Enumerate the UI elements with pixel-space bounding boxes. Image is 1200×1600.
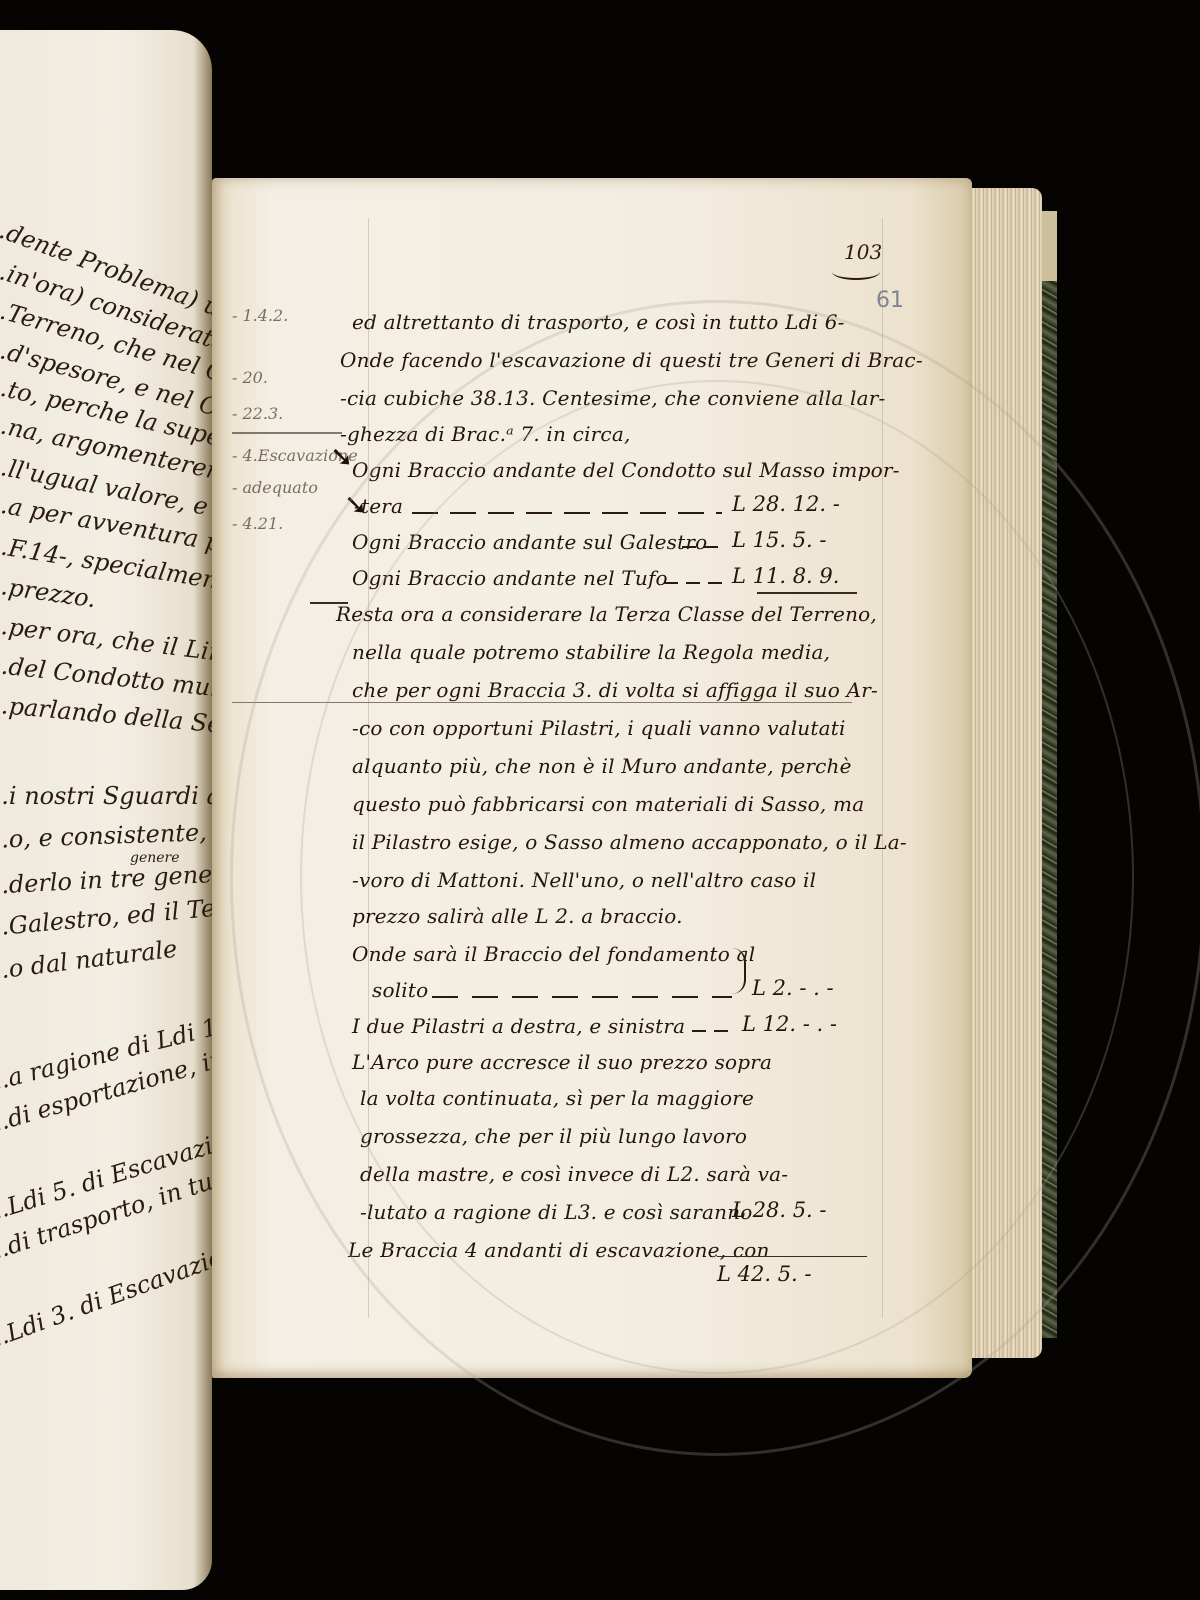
margin-note: - 22.3. bbox=[232, 404, 283, 423]
text-line: questo può fabbricarsi con materiali di … bbox=[352, 792, 864, 816]
amount-tufo: L 11. 8. 9. bbox=[732, 564, 839, 588]
left-page-text-line: ...prezzo. bbox=[0, 570, 98, 613]
leader-dashes bbox=[692, 1030, 732, 1032]
right-page-block: 103 61 - 1.4.2. - 20. - 22.3. - 4.Escava… bbox=[212, 178, 1042, 1378]
text-line: I due Pilastri a destra, e sinistra bbox=[352, 1014, 685, 1038]
amount-fondamento: L 2. - . - bbox=[752, 976, 834, 1000]
underline-rule bbox=[232, 702, 852, 703]
leader-dashes bbox=[682, 546, 722, 548]
leader-dashes bbox=[412, 512, 722, 514]
folio-number-pencil: 61 bbox=[876, 288, 904, 313]
text-line: -lutato a ragione di L3. e così saranno bbox=[360, 1200, 753, 1224]
amount-pilastri: L 12. - . - bbox=[742, 1012, 837, 1036]
amount-total: L 42. 5. - bbox=[717, 1262, 812, 1286]
text-line: alquanto più, che non è il Muro andante,… bbox=[352, 754, 852, 778]
left-page-text-line: ...derlo in tre generi bbox=[0, 859, 212, 900]
leader-dashes bbox=[664, 582, 724, 584]
amount-arco: L 28. 5. - bbox=[732, 1198, 827, 1222]
text-line: -ghezza di Brac.ᵃ 7. in circa, bbox=[340, 422, 631, 446]
text-line: nella quale potremo stabilire la Regola … bbox=[352, 640, 830, 664]
text-line: Ogni Braccio andante nel Tufo bbox=[352, 566, 668, 590]
left-page: ...dente Problema) un che...in'ora) cons… bbox=[0, 30, 212, 1590]
ruling-line bbox=[882, 218, 883, 1318]
right-page: 103 61 - 1.4.2. - 20. - 22.3. - 4.Escava… bbox=[212, 178, 972, 1378]
leader-dashes bbox=[432, 996, 732, 998]
text-line: che per ogni Braccia 3. di volta si affi… bbox=[352, 678, 878, 702]
text-line: la volta continuata, sì per la maggiore bbox=[360, 1086, 754, 1110]
margin-note: - 4.21. bbox=[232, 514, 283, 533]
text-line: Onde sarà il Braccio del fondamento al bbox=[352, 942, 755, 966]
text-line: Ogni Braccio andante sul Galestro bbox=[352, 530, 707, 554]
interlinear-correction: genere bbox=[130, 850, 180, 866]
text-line: solito bbox=[372, 978, 428, 1002]
text-line: prezzo salirà alle L 2. a braccio. bbox=[352, 904, 683, 928]
left-page-text-line: ...o, e consistente, questo bbox=[0, 815, 212, 854]
bracket-mark bbox=[730, 948, 746, 994]
text-line: Onde facendo l'escavazione di questi tre… bbox=[340, 348, 923, 372]
sum-underline bbox=[717, 1256, 867, 1257]
text-line: Resta ora a considerare la Terza Classe … bbox=[336, 602, 877, 626]
margin-note: - 20. bbox=[232, 368, 268, 387]
text-line: -cia cubiche 38.13. Centesime, che convi… bbox=[340, 386, 885, 410]
margin-note: - 1.4.2. bbox=[232, 306, 288, 325]
folio-number-ink: 103 bbox=[844, 240, 882, 264]
left-page-text-line: ...o dal naturale bbox=[0, 935, 179, 986]
text-line: -voro di Mattoni. Nell'uno, o nell'altro… bbox=[352, 868, 816, 892]
text-line: Ogni Braccio andante del Condotto sul Ma… bbox=[352, 458, 900, 482]
folio-flourish bbox=[832, 264, 880, 280]
sum-underline bbox=[757, 592, 857, 594]
amount-masso: L 28. 12. - bbox=[732, 492, 840, 516]
text-line: ed altrettanto di trasporto, e così in t… bbox=[352, 310, 845, 334]
margin-note: - adequato bbox=[232, 478, 318, 497]
amount-galestro: L 15. 5. - bbox=[732, 528, 827, 552]
text-line: della mastre, e così invece di L2. sarà … bbox=[360, 1162, 788, 1186]
text-line: grossezza, che per il più lungo lavoro bbox=[360, 1124, 747, 1148]
margin-divider bbox=[232, 432, 342, 434]
text-line: -tera bbox=[354, 494, 403, 518]
text-line: il Pilastro esige, o Sasso almeno accapp… bbox=[352, 830, 907, 854]
text-line: L'Arco pure accresce il suo prezzo sopra bbox=[352, 1050, 772, 1074]
text-line: -co con opportuni Pilastri, i quali vann… bbox=[352, 716, 846, 740]
left-page-text-line: ...i nostri Sguardi alla bbox=[0, 782, 212, 810]
text-line: Le Braccia 4 andanti di escavazione, con bbox=[348, 1238, 770, 1262]
